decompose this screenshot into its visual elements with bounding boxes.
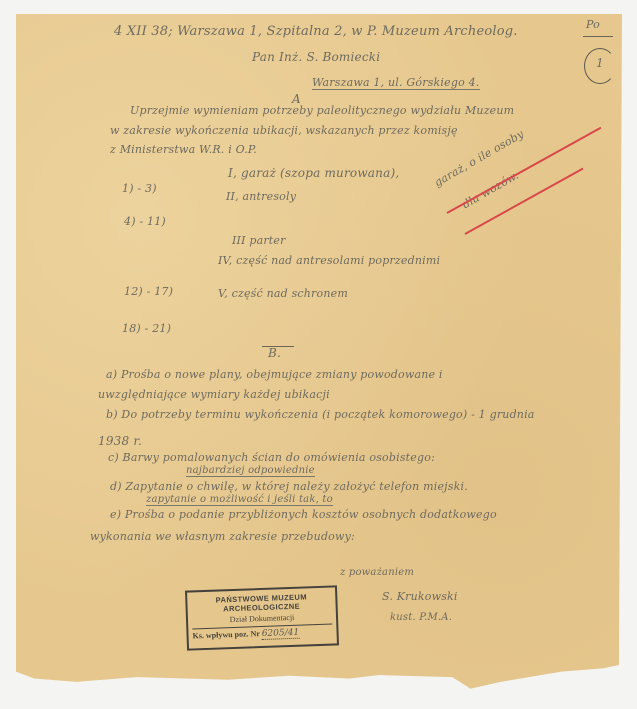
museum-stamp: PAŃSTWOWE MUZEUM ARCHEOLOGICZNE Dział Do… xyxy=(185,585,339,650)
section-b-item-d: d) Zapytanie o chwilę, w której należy z… xyxy=(110,480,468,493)
closing-salutation: z poważaniem xyxy=(340,567,414,578)
section-b-item-e-2: wykonania we własnym zakresie przebudowy… xyxy=(90,530,355,543)
signature-title: kust. P.M.A. xyxy=(390,612,452,623)
section-b-item-e-1: e) Prośba o podanie przybliżonych kosztó… xyxy=(110,508,497,521)
section-b-item-b-2: 1938 r. xyxy=(98,434,142,448)
section-b-overline xyxy=(262,346,294,347)
item-ii-antresoly: II, antresoly xyxy=(226,190,296,203)
range-4-11: 4) - 11) xyxy=(124,215,166,228)
item-iii-parter: III parter xyxy=(232,234,286,247)
section-b-item-d-insert: zapytanie o możliwość i jeśli tak, to xyxy=(146,494,333,506)
section-b-marker: B. xyxy=(268,346,281,360)
stamp-museum-name: PAŃSTWOWE MUZEUM ARCHEOLOGICZNE xyxy=(187,591,336,614)
signature: S. Krukowski xyxy=(382,590,458,603)
item-v-part-above-shelter: V, część nad schronem xyxy=(218,287,348,300)
section-b-item-c: c) Barwy pomalowanych ścian do omówienia… xyxy=(108,451,435,464)
section-b-item-b-1: b) Do potrzeby terminu wykończenia (i po… xyxy=(106,408,535,421)
item-i-garage: I, garaż (szopa murowana), xyxy=(228,166,399,180)
stamp-entry-label: Ks. wpływu poz. Nr xyxy=(192,629,259,640)
section-a-intro-2: w zakresie wykończenia ubikacji, wskazan… xyxy=(110,124,458,137)
range-18-21: 18) - 21) xyxy=(122,322,171,335)
corner-mark-underline xyxy=(583,36,613,37)
corner-mark: Po xyxy=(586,18,600,31)
item-iv-part-above: IV, część nad antresolami poprzednimi xyxy=(218,254,440,267)
section-b-item-a-1: a) Prośba o nowe plany, obejmujące zmian… xyxy=(106,368,443,381)
section-a-intro-1: Uprzejmie wymieniam potrzeby paleolitycz… xyxy=(130,104,514,117)
address: Warszawa 1, ul. Górskiego 4. xyxy=(312,76,480,90)
section-a-intro-3: z Ministerstwa W.R. i O.P. xyxy=(110,143,257,156)
header-date-place: 4 XII 38; Warszawa 1, Szpitalna 2, w P. … xyxy=(114,24,518,39)
addressee: Pan Inż. S. Bomiecki xyxy=(252,50,380,64)
range-12-17: 12) - 17) xyxy=(124,285,173,298)
section-b-item-c-insert: najbardziej odpowiednie xyxy=(186,465,315,477)
stamp-entry-number: 6205/41 xyxy=(262,628,300,640)
page-number: 1 xyxy=(596,56,604,70)
section-b-item-a-2: uwzględniające wymiary każdej ubikacji xyxy=(98,388,330,401)
range-1-3: 1) - 3) xyxy=(122,182,157,195)
